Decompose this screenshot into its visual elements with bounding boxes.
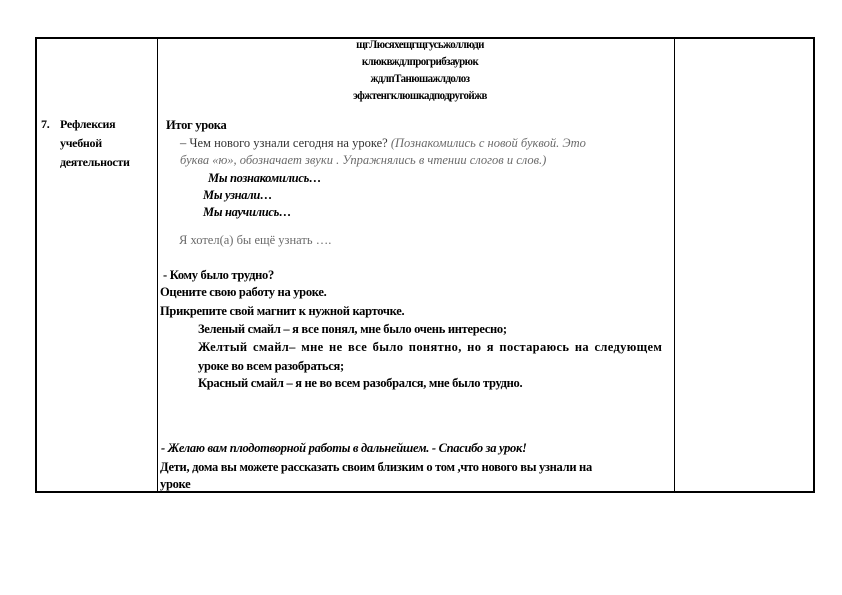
attach-line: Прикрепите свой магнит к нужной карточке… — [160, 304, 404, 319]
letter-grid-line: эфжтенгклюшкадподругойжв — [306, 89, 534, 104]
letter-grid-line: щгЛюсяхещгщгусьжоллюди — [306, 38, 534, 53]
answer-text: буква «ю», обозначает звуки . Упражнялис… — [180, 153, 546, 168]
column-divider — [674, 39, 675, 491]
lesson-table — [35, 37, 815, 493]
letter-grid-line: ждлпТанюшажлдолоз — [306, 72, 534, 87]
answer-text: (Познакомились с новой буквой. Это — [391, 136, 586, 150]
stage-number: 7. — [41, 115, 49, 134]
evaluate-line: Оцените свою работу на уроке. — [160, 285, 326, 300]
stage-title-line: Рефлексия — [60, 115, 115, 134]
wish-line: Я хотел(а) бы ещё узнать …. — [179, 233, 331, 248]
stage-title-line: деятельности — [60, 153, 130, 172]
homework-line: уроке — [160, 477, 190, 492]
column-divider — [157, 39, 158, 491]
farewell-line: - Желаю вам плодотворной работы в дальне… — [161, 441, 527, 456]
letter-grid-line: клюквждлпрогрибзаурюк — [306, 55, 534, 70]
prompt-line: Мы познакомились… — [208, 171, 321, 186]
section-heading: Итог урока — [166, 118, 226, 133]
question-line: – Чем нового узнали сегодня на уроке? (П… — [180, 136, 586, 151]
stage-title-line: учебной — [60, 134, 102, 153]
smile-yellow-cont: уроке во всем разобраться; — [198, 359, 344, 374]
homework-line: Дети, дома вы можете рассказать своим бл… — [160, 460, 592, 475]
smile-green: Зеленый смайл – я все понял, мне было оч… — [198, 322, 507, 337]
prompt-line: Мы узнали… — [203, 188, 272, 203]
smile-red: Красный смайл – я не во всем разобрался,… — [198, 376, 522, 391]
question-who-hard: - Кому было трудно? — [163, 268, 274, 283]
smile-yellow: Желтый смайл– мне не все было понятно, н… — [198, 340, 662, 355]
prompt-line: Мы научились… — [203, 205, 291, 220]
question-text: – Чем нового узнали сегодня на уроке? — [180, 136, 388, 150]
